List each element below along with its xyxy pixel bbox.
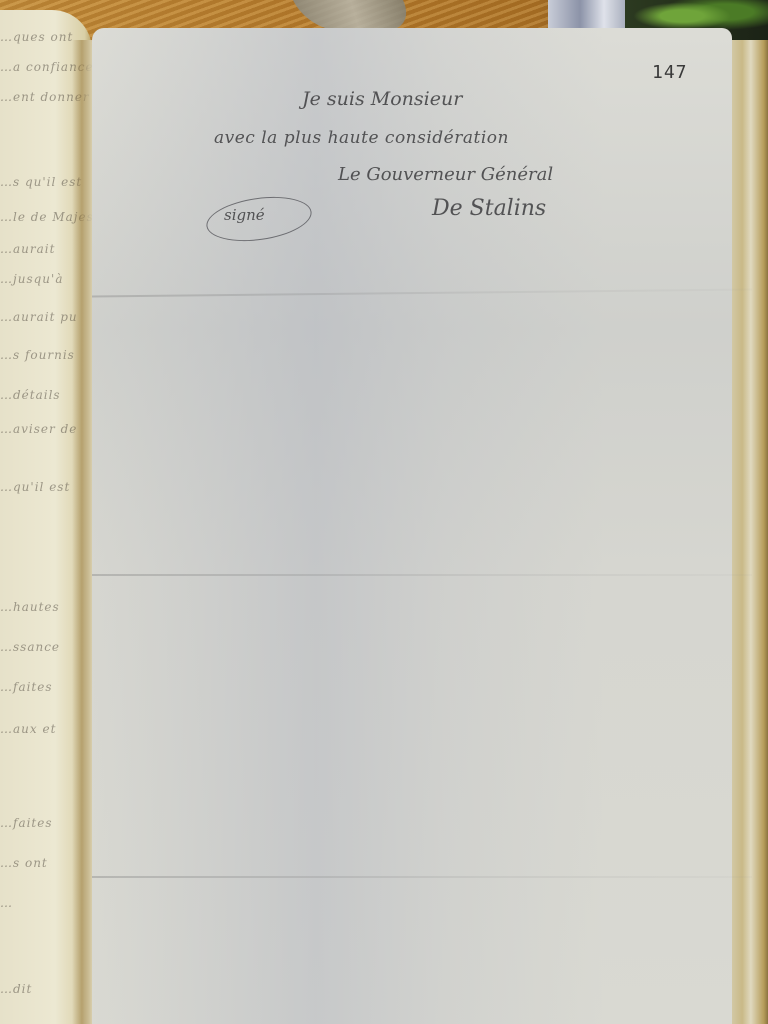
- left-page-line: …s qu'il est: [0, 175, 82, 177]
- left-page-line: …aurait pu: [0, 310, 78, 312]
- book-gutter: [72, 40, 94, 1024]
- left-page-line: …s ont: [0, 856, 48, 858]
- left-page-line: …faites: [0, 680, 53, 682]
- left-page-line: …ques ont: [0, 30, 73, 32]
- handwritten-closing-line-2: avec la plus haute considération: [214, 128, 509, 148]
- left-page-line: …dit: [0, 982, 32, 984]
- left-page-line: …hautes: [0, 600, 60, 602]
- signed-stamp-text: signé: [224, 206, 265, 224]
- page-fold-line: [92, 876, 752, 878]
- left-page-line: …détails: [0, 388, 61, 390]
- left-page-line: …aurait: [0, 242, 55, 244]
- page-fold-line: [92, 574, 752, 576]
- handwritten-title-line: Le Gouverneur Général: [338, 164, 553, 185]
- left-page-line: …aviser de: [0, 422, 77, 424]
- left-page-line: …qu'il est: [0, 480, 70, 482]
- left-page-line: …s fournis: [0, 348, 75, 350]
- handwritten-signature: De Stalins: [432, 196, 546, 221]
- left-page-line: …ssance: [0, 640, 60, 642]
- left-page-line: …: [0, 896, 13, 898]
- page-number: 147: [652, 62, 688, 83]
- left-page-line: …faites: [0, 816, 53, 818]
- handwritten-closing-line-1: Je suis Monsieur: [302, 88, 462, 110]
- left-page-line: …aux et: [0, 722, 56, 724]
- left-page-line: …jusqu'à: [0, 272, 63, 274]
